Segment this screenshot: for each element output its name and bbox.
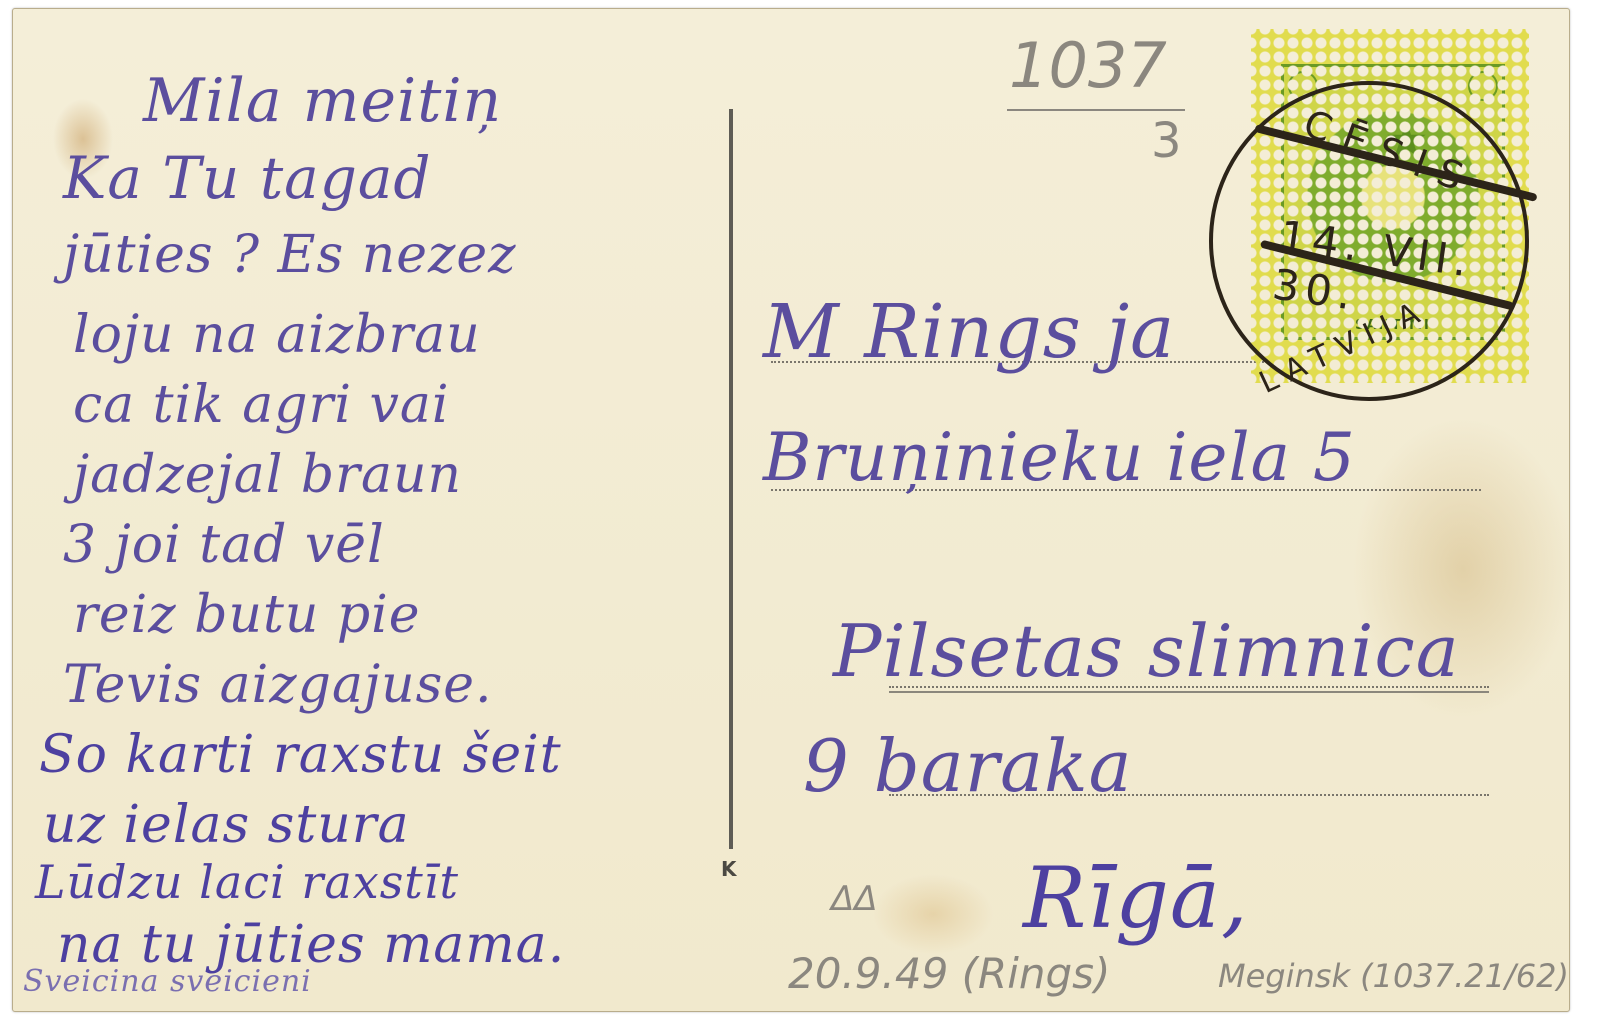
postcard: Mila meitiņ Ka Tu tagad jūties ? Es neze… [12, 8, 1570, 1012]
divider-mark: K [721, 857, 737, 881]
stamp-rosette-icon [1468, 71, 1498, 101]
recipient-city: Rīgā, [1023, 849, 1249, 947]
recipient-name: M Rings ja [763, 289, 1175, 375]
recipient-institution: Pilsetas slimnica [833, 609, 1460, 693]
message-line: loju na aizbrau [73, 309, 481, 361]
message-line: ca tik agri vai [73, 379, 450, 431]
message-line: reiz butu pie [73, 589, 421, 641]
recipient-street: Bruņinieku iela 5 [763, 419, 1356, 496]
message-line: 3 joi tad vēl [63, 519, 385, 571]
message-line: jūties ? Es nezez [63, 229, 517, 281]
message-line: uz ielas stura [43, 799, 410, 851]
message-footer: Sveicina sveicieni [23, 964, 312, 999]
message-line: So karti raxstu šeit [39, 729, 562, 781]
archive-subnumber: 3 [1151, 113, 1182, 169]
archive-number: 1037 [1009, 29, 1167, 102]
archive-note-date: 20.9.49 (Rings) [788, 949, 1110, 998]
archive-note-ref: Meginsk (1037.21/62) [1218, 957, 1569, 995]
archive-mark: ΔΔ [831, 879, 878, 919]
message-line: Mila meitiņ [143, 71, 502, 131]
center-divider [729, 109, 733, 849]
recipient-ward: 9 baraka [803, 724, 1133, 808]
message-line: jadzejal braun [73, 449, 462, 501]
message-line: Lūdzu laci raxstīt [35, 859, 459, 905]
archive-number-rule [1007, 109, 1185, 111]
message-line: Ka Tu tagad [63, 149, 432, 207]
message-line: Tevis aizgajuse. [63, 659, 493, 711]
